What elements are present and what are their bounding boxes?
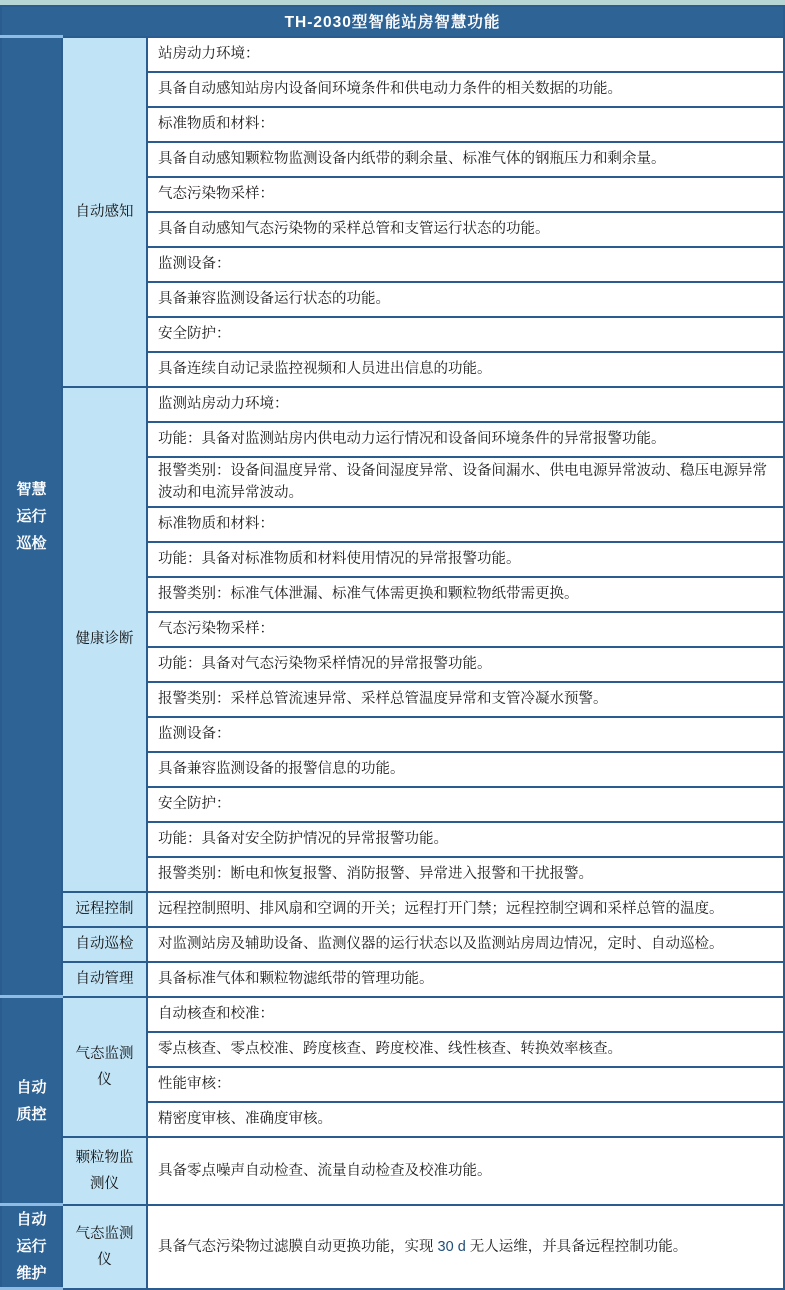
content-cell: 具备零点噪声自动检查、流量自动检查及校准功能。: [147, 1137, 784, 1205]
content-cell: 气态污染物采样：: [147, 612, 784, 647]
content-cell: 性能审核：: [147, 1067, 784, 1102]
content-cell: 安全防护：: [147, 317, 784, 352]
table-row: 健康诊断监测站房动力环境：: [1, 387, 784, 422]
content-cell: 标准物质和材料：: [147, 507, 784, 542]
table-row: 颗粒物监测仪具备零点噪声自动检查、流量自动检查及校准功能。: [1, 1137, 784, 1205]
table-title: TH-2030型智能站房智慧功能: [1, 6, 784, 37]
content-cell: 具备气态污染物过滤膜自动更换功能，实现 30 d 无人运维，并具备远程控制功能。: [147, 1205, 784, 1289]
group-label-cell: 自动管理: [62, 962, 147, 997]
table-body: TH-2030型智能站房智慧功能 智慧运行巡检自动感知站房动力环境：具备自动感知…: [1, 6, 784, 1289]
table-row: 自动运行维护气态监测仪具备气态污染物过滤膜自动更换功能，实现 30 d 无人运维…: [1, 1205, 784, 1289]
content-cell: 报警类别：标准气体泄漏、标准气体需更换和颗粒物纸带需更换。: [147, 577, 784, 612]
content-cell: 具备兼容监测设备运行状态的功能。: [147, 282, 784, 317]
smart-station-spec-sheet: TH-2030型智能站房智慧功能 智慧运行巡检自动感知站房动力环境：具备自动感知…: [0, 5, 785, 1290]
group-label-cell: 自动感知: [62, 37, 147, 387]
table-row: 自动质控气态监测仪自动核查和校准：: [1, 997, 784, 1032]
smart-station-function-table: TH-2030型智能站房智慧功能 智慧运行巡检自动感知站房动力环境：具备自动感知…: [0, 5, 785, 1290]
content-cell: 功能：具备对标准物质和材料使用情况的异常报警功能。: [147, 542, 784, 577]
content-cell: 具备标准气体和颗粒物滤纸带的管理功能。: [147, 962, 784, 997]
content-cell: 具备连续自动记录监控视频和人员进出信息的功能。: [147, 352, 784, 387]
content-cell: 站房动力环境：: [147, 37, 784, 72]
content-cell: 具备自动感知颗粒物监测设备内纸带的剩余量、标准气体的钢瓶压力和剩余量。: [147, 142, 784, 177]
group-label-cell: 气态监测仪: [62, 1205, 147, 1289]
table-row: 自动管理具备标准气体和颗粒物滤纸带的管理功能。: [1, 962, 784, 997]
table-row: 智慧运行巡检自动感知站房动力环境：: [1, 37, 784, 72]
content-cell: 标准物质和材料：: [147, 107, 784, 142]
table-row: 自动巡检对监测站房及辅助设备、监测仪器的运行状态以及监测站房周边情况，定时、自动…: [1, 927, 784, 962]
content-cell: 功能：具备对安全防护情况的异常报警功能。: [147, 822, 784, 857]
title-row: TH-2030型智能站房智慧功能: [1, 6, 784, 37]
section-label-cell: 智慧运行巡检: [1, 37, 62, 997]
section-label-cell: 自动质控: [1, 997, 62, 1205]
content-cell: 远程控制照明、排风扇和空调的开关；远程打开门禁；远程控制空调和采样总管的温度。: [147, 892, 784, 927]
row-text: 具备气态污染物过滤膜自动更换功能，实现: [158, 1239, 438, 1255]
group-label-cell: 自动巡检: [62, 927, 147, 962]
content-cell: 具备自动感知气态污染物的采样总管和支管运行状态的功能。: [147, 212, 784, 247]
content-cell: 安全防护：: [147, 787, 784, 822]
group-label-cell: 健康诊断: [62, 387, 147, 892]
content-cell: 报警类别：断电和恢复报警、消防报警、异常进入报警和干扰报警。: [147, 857, 784, 892]
table-row: 远程控制远程控制照明、排风扇和空调的开关；远程打开门禁；远程控制空调和采样总管的…: [1, 892, 784, 927]
highlight-value: 30 d: [438, 1239, 466, 1255]
content-cell: 具备兼容监测设备的报警信息的功能。: [147, 752, 784, 787]
content-cell: 具备自动感知站房内设备间环境条件和供电动力条件的相关数据的功能。: [147, 72, 784, 107]
content-cell: 精密度审核、准确度审核。: [147, 1102, 784, 1137]
content-cell: 监测站房动力环境：: [147, 387, 784, 422]
content-cell: 监测设备：: [147, 247, 784, 282]
row-text: 无人运维，并具备远程控制功能。: [466, 1239, 688, 1255]
group-label-cell: 气态监测仪: [62, 997, 147, 1137]
content-cell: 对监测站房及辅助设备、监测仪器的运行状态以及监测站房周边情况，定时、自动巡检。: [147, 927, 784, 962]
content-cell: 自动核查和校准：: [147, 997, 784, 1032]
group-label-cell: 远程控制: [62, 892, 147, 927]
content-cell: 功能：具备对气态污染物采样情况的异常报警功能。: [147, 647, 784, 682]
content-cell: 报警类别：采样总管流速异常、采样总管温度异常和支管冷凝水预警。: [147, 682, 784, 717]
section-label-cell: 自动运行维护: [1, 1205, 62, 1289]
content-cell: 零点核查、零点校准、跨度核查、跨度校准、线性核查、转换效率核查。: [147, 1032, 784, 1067]
content-cell: 功能：具备对监测站房内供电动力运行情况和设备间环境条件的异常报警功能。: [147, 422, 784, 457]
content-cell: 监测设备：: [147, 717, 784, 752]
content-cell: 气态污染物采样：: [147, 177, 784, 212]
content-cell: 报警类别：设备间温度异常、设备间湿度异常、设备间漏水、供电电源异常波动、稳压电源…: [147, 457, 784, 507]
group-label-cell: 颗粒物监测仪: [62, 1137, 147, 1205]
